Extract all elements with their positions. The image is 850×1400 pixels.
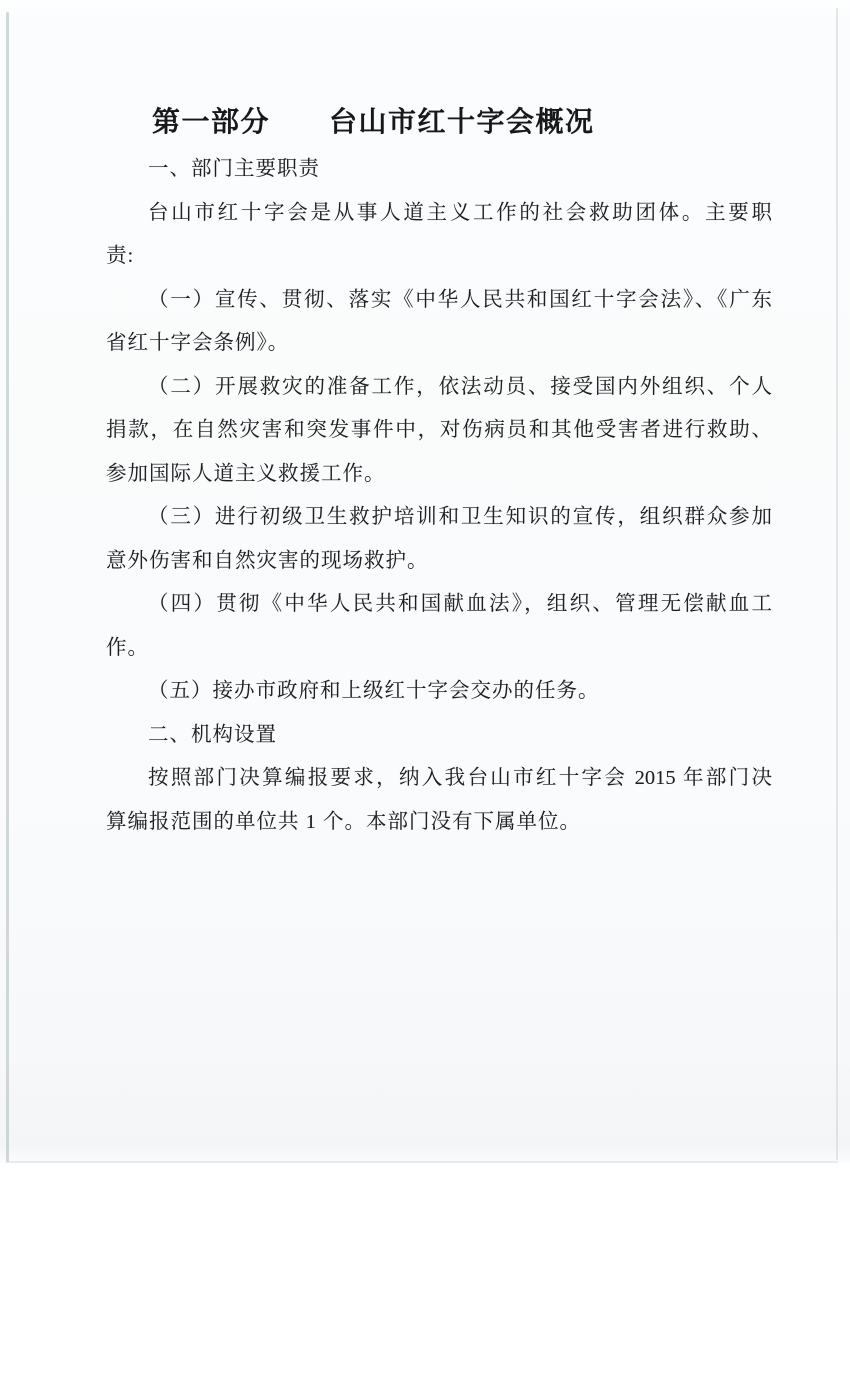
text-line: （四）贯彻《中华人民共和国献血法》，组织、管理无偿献血工 xyxy=(106,583,772,627)
document-content: 第一部分 台山市红十字会概况 一、部门主要职责 台山市红十字会是从事人道主义工作… xyxy=(106,98,772,844)
text-line: （五）接办市政府和上级红十字会交办的任务。 xyxy=(106,670,772,714)
text-line: 按照部门决算编报要求，纳入我台山市红十字会 2015 年部门决 xyxy=(106,757,772,801)
scan-left-edge xyxy=(6,12,9,1162)
text-line: 台山市红十字会是从事人道主义工作的社会救助团体。主要职 xyxy=(106,192,772,236)
text-line: 算编报范围的单位共 1 个。本部门没有下属单位。 xyxy=(106,801,772,845)
scanned-page: 第一部分 台山市红十字会概况 一、部门主要职责 台山市红十字会是从事人道主义工作… xyxy=(0,0,850,1400)
scan-right-edge xyxy=(836,8,838,1160)
text-line: （一）宣传、贯彻、落实《中华人民共和国红十字会法》、《广东 xyxy=(106,279,772,323)
section-heading-2: 二、机构设置 xyxy=(106,714,772,758)
text-line: 作。 xyxy=(106,627,772,671)
text-line: 意外伤害和自然灾害的现场救护。 xyxy=(106,540,772,584)
section-heading-1: 一、部门主要职责 xyxy=(106,148,772,192)
text-line: （三）进行初级卫生救护培训和卫生知识的宣传，组织群众参加 xyxy=(106,496,772,540)
text-line: 省红十字会条例》。 xyxy=(106,322,772,366)
text-line: （二）开展救灾的准备工作，依法动员、接受国内外组织、个人 xyxy=(106,366,772,410)
document-title: 第一部分 台山市红十字会概况 xyxy=(106,98,772,148)
scan-bottom-edge xyxy=(6,1161,838,1163)
text-line: 责: xyxy=(106,235,772,279)
text-line: 参加国际人道主义救援工作。 xyxy=(106,453,772,497)
text-line: 捐款，在自然灾害和突发事件中，对伤病员和其他受害者进行救助、 xyxy=(106,409,772,453)
